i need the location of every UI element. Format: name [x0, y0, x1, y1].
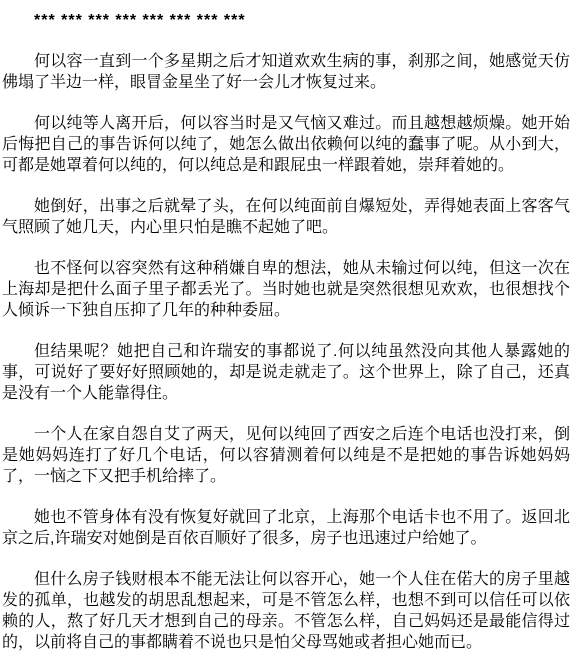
- paragraph: 她倒好，出事之后就晕了头，在何以纯面前自爆短处，弄得她表面上客客气气照顾了她几天…: [2, 196, 570, 238]
- section-separator: *** *** *** *** *** *** *** ***: [2, 10, 570, 31]
- novel-text-page: *** *** *** *** *** *** *** *** 何以容一直到一个…: [0, 0, 576, 663]
- paragraph: 何以容一直到一个多星期之后才知道欢欢生病的事，刹那之间，她感觉天仿佛塌了半边一样…: [2, 51, 570, 93]
- paragraph: 也不怪何以容突然有这种稍嫌自卑的想法，她从未输过何以纯，但这一次在上海却是把什么…: [2, 258, 570, 321]
- paragraph: 但结果呢？她把自己和许瑞安的事都说了.何以纯虽然没向其他人暴露她的事，可说好了要…: [2, 341, 570, 404]
- paragraph: 她也不管身体有没有恢复好就回了北京，上海那个电话卡也不用了。返回北京之后,许瑞安…: [2, 507, 570, 549]
- paragraph: 但什么房子钱财根本不能无法让何以容开心，她一个人住在偌大的房子里越发的孤单，也越…: [2, 569, 570, 653]
- paragraph: 何以纯等人离开后，何以容当时是又气恼又难过。而且越想越烦燥。她开始后悔把自己的事…: [2, 113, 570, 176]
- paragraph: 一个人在家自怨自艾了两天，见何以纯回了西安之后连个电话也没打来，倒是她妈妈连打了…: [2, 424, 570, 487]
